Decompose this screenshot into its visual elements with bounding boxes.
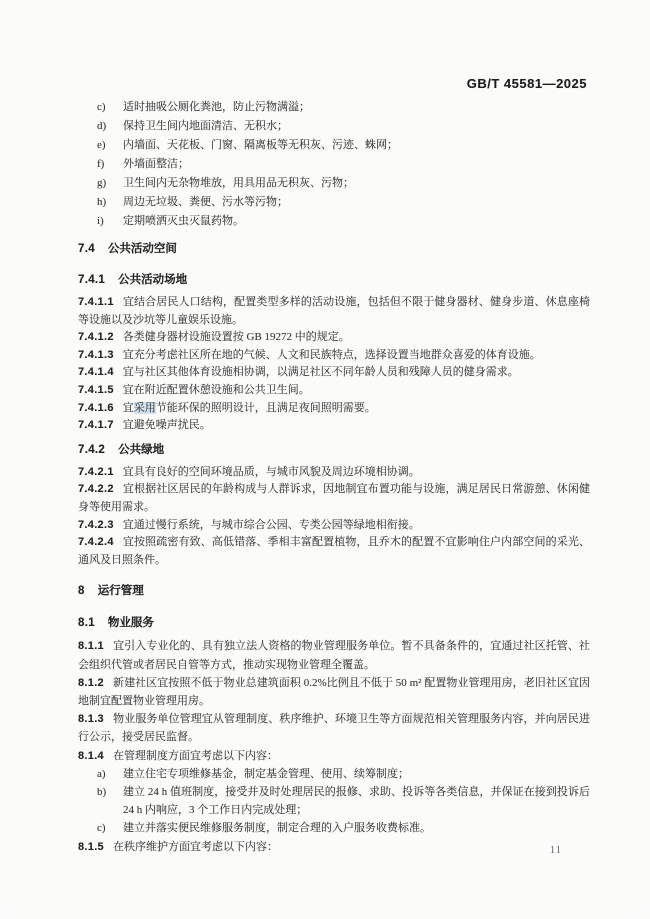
page-content: c) 适时抽吸公厕化粪池，防止污物满溢； d) 保持卫生间内地面清洁、无积水； …	[78, 98, 590, 856]
heading-title: 公共活动空间	[108, 240, 177, 258]
list-item-label: a)	[97, 765, 123, 783]
clause-text: 在管理制度方面宜考虑以下内容：	[113, 750, 278, 762]
clause-8-1-2: 8.1.2新建社区宜按照不低于物业总建筑面积 0.2%比例且不低于 50 m² …	[78, 674, 590, 710]
list-item-label: i)	[97, 212, 123, 231]
section-heading-8: 8 运行管理	[78, 582, 590, 600]
document-page: GB/T 45581—2025 c) 适时抽吸公厕化粪池，防止污物满溢； d) …	[0, 0, 650, 919]
clause-number: 8.1.3	[78, 713, 104, 725]
clause-number: 7.4.1.6	[78, 402, 114, 414]
highlighted-text: 采用	[134, 402, 156, 414]
clause-text: 宜结合居民人口结构，配置类型多样的活动设施，包括但不限于健身器材、健身步道、休息…	[78, 296, 590, 326]
section-heading-8-1: 8.1 物业服务	[78, 614, 590, 632]
section-heading-7-4: 7.4 公共活动空间	[78, 240, 590, 258]
list-item-label: c)	[97, 98, 123, 117]
clause-7-4-2-3: 7.4.2.3宜通过慢行系统，与城市综合公园、专类公园等绿地相衔接。	[78, 517, 590, 535]
clause-number: 7.4.2.4	[78, 536, 114, 548]
page-number: 11	[550, 845, 562, 856]
clause-number: 7.4.1.3	[78, 349, 114, 361]
clause-text: 各类健身器材设施设置按 GB 19272 中的规定。	[123, 331, 350, 343]
list-item-text: 保持卫生间内地面清洁、无积水；	[123, 117, 590, 136]
list-item-text: 建立 24 h 值班制度，接受并及时处理居民的报修、求助、投诉等各类信息，并保证…	[123, 783, 590, 819]
list-item-label: d)	[97, 117, 123, 136]
clause-7-4-1-6: 7.4.1.6宜采用节能环保的照明设计，且满足夜间照明需要。	[78, 400, 590, 418]
clause-text: 宜与社区其他体育设施相协调，以满足社区不同年龄人员和残障人员的健身需求。	[123, 366, 519, 378]
list-item: h) 周边无垃圾、粪便、污水等污物；	[78, 193, 590, 212]
heading-title: 物业服务	[108, 614, 154, 632]
list-item: i) 定期喷洒灭虫灭鼠药物。	[78, 212, 590, 231]
clause-list-8-1-4: a) 建立住宅专项维修基金，制定基金管理、使用、续筹制度； b) 建立 24 h…	[78, 765, 590, 838]
list-item: a) 建立住宅专项维修基金，制定基金管理、使用、续筹制度；	[78, 765, 590, 783]
clause-8-1-1: 8.1.1宜引入专业化的、具有独立法人资格的物业管理服务单位。暂不具备条件的，宜…	[78, 637, 590, 673]
clause-8-1-5: 8.1.5在秩序维护方面宜考虑以下内容：	[78, 838, 590, 856]
clause-text: 宜具有良好的空间环境品质，与城市风貌及周边环境相协调。	[123, 466, 420, 478]
list-item: g) 卫生间内无杂物堆放，用具用品无积灰、污物；	[78, 174, 590, 193]
list-item: f) 外墙面整洁；	[78, 155, 590, 174]
clause-7-4-1-3: 7.4.1.3宜充分考虑社区所在地的气候、人文和民族特点，选择设置当地群众喜爱的…	[78, 347, 590, 365]
clause-7-4-1-7: 7.4.1.7宜避免噪声扰民。	[78, 417, 590, 435]
heading-title: 公共绿地	[118, 441, 164, 459]
clause-number: 7.4.1.2	[78, 331, 114, 343]
clause-8-1-3: 8.1.3物业服务单位管理宜从管理制度、秩序维护、环境卫生等方面规范相关管理服务…	[78, 710, 590, 746]
list-item-text: 外墙面整洁；	[123, 155, 590, 174]
standard-code: GB/T 45581—2025	[467, 76, 587, 91]
clause-list-top: c) 适时抽吸公厕化粪池，防止污物满溢； d) 保持卫生间内地面清洁、无积水； …	[78, 98, 590, 231]
clause-text: 在秩序维护方面宜考虑以下内容：	[113, 841, 278, 853]
list-item: d) 保持卫生间内地面清洁、无积水；	[78, 117, 590, 136]
list-item: e) 内墙面、天花板、门窗、隔离板等无积灰、污迹、蛛网；	[78, 136, 590, 155]
clause-number: 8.1.2	[78, 677, 104, 689]
list-item-label: c)	[97, 819, 123, 837]
list-item-label: f)	[97, 155, 123, 174]
clause-number: 7.4.2.2	[78, 483, 114, 495]
section-heading-7-4-1: 7.4.1 公共活动场地	[78, 271, 590, 289]
list-item-label: b)	[97, 783, 123, 819]
section-8: 8 运行管理 8.1 物业服务 8.1.1宜引入专业化的、具有独立法人资格的物业…	[78, 582, 590, 855]
list-item: c) 建立并落实便民维修服务制度，制定合理的入户服务收费标准。	[78, 819, 590, 837]
list-item: b) 建立 24 h 值班制度，接受并及时处理居民的报修、求助、投诉等各类信息，…	[78, 783, 590, 819]
list-item-label: e)	[97, 136, 123, 155]
clause-text-part: 节能环保的照明设计，且满足夜间照明需要。	[156, 402, 376, 414]
heading-number: 8	[78, 582, 85, 600]
clause-8-1-4: 8.1.4在管理制度方面宜考虑以下内容：	[78, 747, 590, 765]
clause-number: 8.1.1	[78, 640, 104, 652]
heading-title: 公共活动场地	[118, 271, 187, 289]
clause-number: 7.4.1.7	[78, 419, 114, 431]
list-item-label: h)	[97, 193, 123, 212]
clause-text: 宜按照疏密有致、高低错落、季相丰富配置植物，且乔木的配置不宜影响住户内部空间的采…	[78, 536, 590, 566]
list-item-text: 适时抽吸公厕化粪池，防止污物满溢；	[123, 98, 590, 117]
heading-number: 7.4.1	[78, 271, 105, 289]
clause-number: 7.4.1.4	[78, 366, 114, 378]
clause-text-part: 宜	[123, 402, 134, 414]
heading-number: 8.1	[78, 614, 95, 632]
list-item-text: 内墙面、天花板、门窗、隔离板等无积灰、污迹、蛛网；	[123, 136, 590, 155]
heading-number: 7.4	[78, 240, 95, 258]
clause-number: 7.4.1.5	[78, 384, 114, 396]
list-item-label: g)	[97, 174, 123, 193]
clause-text: 宜通过慢行系统，与城市综合公园、专类公园等绿地相衔接。	[123, 519, 420, 531]
clause-7-4-1-2: 7.4.1.2各类健身器材设施设置按 GB 19272 中的规定。	[78, 329, 590, 347]
list-item-text: 周边无垃圾、粪便、污水等污物；	[123, 193, 590, 212]
clause-text: 宜引入专业化的、具有独立法人资格的物业管理服务单位。暂不具备条件的，宜通过社区托…	[78, 640, 590, 670]
clause-7-4-2-1: 7.4.2.1宜具有良好的空间环境品质，与城市风貌及周边环境相协调。	[78, 464, 590, 482]
clause-text: 宜采用节能环保的照明设计，且满足夜间照明需要。	[123, 402, 376, 414]
clause-number: 8.1.5	[78, 841, 104, 853]
list-item: c) 适时抽吸公厕化粪池，防止污物满溢；	[78, 98, 590, 117]
clause-number: 7.4.2.1	[78, 466, 114, 478]
clause-text: 新建社区宜按照不低于物业总建筑面积 0.2%比例且不低于 50 m² 配置物业管…	[78, 677, 590, 707]
list-item-text: 建立住宅专项维修基金，制定基金管理、使用、续筹制度；	[123, 765, 590, 783]
list-item-text: 卫生间内无杂物堆放，用具用品无积灰、污物；	[123, 174, 590, 193]
clause-7-4-2-2: 7.4.2.2宜根据社区居民的年龄构成与人群诉求，因地制宜布置功能与设施，满足居…	[78, 481, 590, 516]
heading-number: 7.4.2	[78, 441, 105, 459]
section-heading-7-4-2: 7.4.2 公共绿地	[78, 441, 590, 459]
clause-number: 8.1.4	[78, 750, 104, 762]
clause-number: 7.4.2.3	[78, 519, 114, 531]
clause-text: 宜根据社区居民的年龄构成与人群诉求，因地制宜布置功能与设施，满足居民日常游憩、休…	[78, 483, 590, 513]
list-item-text: 定期喷洒灭虫灭鼠药物。	[123, 212, 590, 231]
clause-7-4-1-4: 7.4.1.4宜与社区其他体育设施相协调，以满足社区不同年龄人员和残障人员的健身…	[78, 364, 590, 382]
clause-text: 物业服务单位管理宜从管理制度、秩序维护、环境卫生等方面规范相关管理服务内容，并向…	[78, 713, 590, 743]
clause-text: 宜充分考虑社区所在地的气候、人文和民族特点，选择设置当地群众喜爱的体育设施。	[123, 349, 541, 361]
clause-7-4-1-1: 7.4.1.1宜结合居民人口结构，配置类型多样的活动设施，包括但不限于健身器材、…	[78, 294, 590, 329]
clause-number: 7.4.1.1	[78, 296, 114, 308]
clause-7-4-1-5: 7.4.1.5宜在附近配置休憩设施和公共卫生间。	[78, 382, 590, 400]
list-item-text: 建立并落实便民维修服务制度，制定合理的入户服务收费标准。	[123, 819, 590, 837]
clause-text: 宜避免噪声扰民。	[123, 419, 211, 431]
heading-title: 运行管理	[98, 582, 144, 600]
clause-7-4-2-4: 7.4.2.4宜按照疏密有致、高低错落、季相丰富配置植物，且乔木的配置不宜影响住…	[78, 534, 590, 569]
clause-text: 宜在附近配置休憩设施和公共卫生间。	[123, 384, 310, 396]
